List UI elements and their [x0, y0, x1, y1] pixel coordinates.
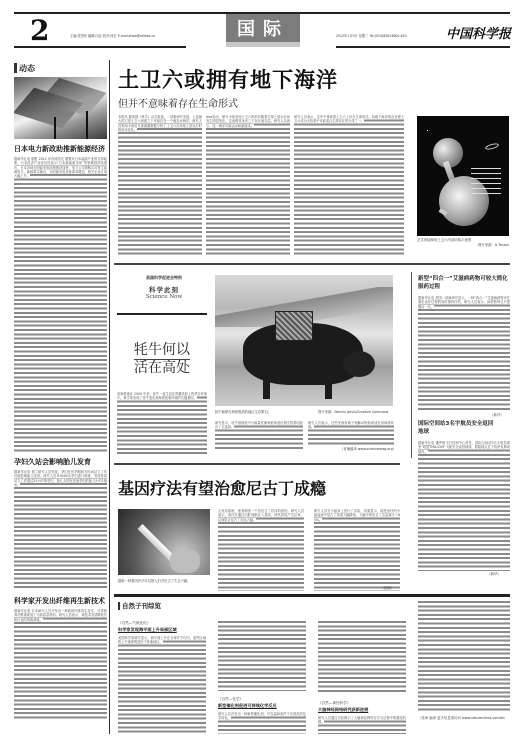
digest-item2-text: 研究人员开发出一种新型催化剂，可在温和条件下实现高效化学转化。: [218, 712, 306, 720]
gene-body-col1: 人免疫系统，使其制造一个抗尼古丁抗体的基因。研究人员表示，该疗法通过向肝细胞注入…: [218, 509, 304, 591]
digest-credit: （张章 编译 更多信息请访问 www.naturechina.com/st）: [418, 716, 510, 721]
star-dot: [427, 130, 428, 131]
section-marker-icon: [118, 602, 120, 610]
gene-body-col2: 研究人员在小鼠身上进行了实验，结果显示，接受治疗的小鼠血液中尼古丁浓度大幅降低，…: [314, 509, 400, 591]
dynamics-label-text: 动态: [19, 63, 35, 74]
yak-body: 高海拔地区 2000 年来，牦牛一直生活在青藏高原上的恶劣环境中。科学家发现了牦…: [117, 392, 207, 456]
date-line: 2012年1月9日 星期三 Tel:(010)82614600-610: [336, 33, 442, 38]
digest-label: 自然子刊综览: [118, 601, 161, 610]
titan-caption: 艺术家绘制的土卫六内部结构示意图 图片来源：A.Tavani: [417, 238, 509, 247]
lead-col3-text: 研究人员表示，这并不意味着土卫六上存在生命形式。但地下海洋的存在使土卫六成为太阳…: [294, 115, 404, 123]
gene-col2-text: 研究人员在小鼠身上进行了实验，结果显示，接受治疗的小鼠血液中尼古丁浓度大幅降低，…: [314, 509, 400, 522]
digest-item1-headline: 科学家发现海平面上升局部区域: [118, 627, 206, 633]
lead-body-col3: 研究人员表示，这并不意味着土卫六上存在生命形式。但地下海洋的存在使土卫六成为太阳…: [294, 115, 404, 255]
hand-shape: [170, 549, 200, 573]
digest-col2-top: [218, 621, 306, 691]
yak-source: （晋楠编译 www.sciencemag.org）: [318, 446, 396, 451]
digest-item1-source: 《自然—气候变化》: [118, 621, 150, 626]
digest-item3-headline: 大脑神经网络研究获新进展: [318, 707, 406, 713]
digest-item1-body: 美国科学家研究显示，海平面上升在全球并不均匀，某些区域的上升速度明显快于其他地区…: [118, 636, 206, 734]
brief2-body: 据新华社电 俄罗斯飞行控制中心消息，国际空间站3名宇航员乘坐“联盟TMA-02M…: [418, 441, 510, 571]
diagram-labels: [471, 168, 501, 194]
paper-name-logo: 中国科学报: [446, 23, 511, 42]
lead-bottom-rule: [114, 263, 510, 265]
story1-headline: 日本电力新政助推新能源经济: [14, 144, 107, 153]
titan-credit: 图片来源：A.Tavani: [417, 243, 509, 248]
yak-headline-line1: 牦牛何以: [134, 342, 190, 360]
brief1-body: 据新华社电 美国一项新研究显示，一种“四合一”艾滋病药物可在简化治疗过程的同时保…: [418, 296, 510, 412]
titan-illustration: [417, 116, 509, 236]
story3-body: 据新华社电 日本研究人员开发出一种新的纤维再生技术，可将废弃纤维重新加工为高质量…: [14, 609, 107, 719]
story3-headline: 科学家开发出纤维再生新技术: [14, 596, 107, 605]
yak-body3: 研究人员表示，这些发现有助于理解动物如何适应高海拔环境。: [308, 421, 394, 445]
solar-panel-photo: [14, 77, 107, 139]
brief1-text: 据新华社电 美国一项新研究显示，一种“四合一”艾滋病药物可在简化治疗过程的同时保…: [418, 296, 510, 309]
science-now-rule: [117, 313, 207, 315]
yak-photo: [215, 275, 393, 406]
science-now-cn: 科学此刻: [126, 285, 202, 294]
yak-leg: [325, 373, 332, 399]
saturn-icon: [485, 142, 500, 150]
left-column-divider: [109, 60, 110, 734]
yak-headline-line2: 活在高处: [117, 360, 207, 377]
lead-subheadline: 但并不意味着存在生命形式: [118, 95, 238, 110]
digest-top-rule: [114, 594, 510, 597]
science-now-en: Science Now: [126, 294, 202, 300]
lead-body-col2: Iess指出，研究小组发现土卫六的形状随着它绕土星运行而发生明显变化，这表明其冰…: [206, 115, 290, 255]
cigarette-photo: [118, 509, 210, 575]
story1-body: 据新华社电 据报 2012 年内阁决定 增强对日本能源产业的支持政策，日本经济产…: [14, 157, 107, 452]
section-banner: 国际: [226, 14, 300, 42]
brief2-headline: 国际空间站3名宇航员安全返回地球: [418, 421, 498, 436]
section-banner-underbar: [226, 42, 300, 47]
brief1-headline: 新型“四合一”艾滋病药物可较大简化服药过程: [418, 276, 510, 291]
right-column-divider: [411, 272, 412, 458]
section-title: 国际: [237, 15, 289, 41]
section-marker-icon: [14, 63, 17, 73]
yak-saddle-shape: [275, 311, 313, 341]
yak-body2: 研究显示，牦牛基因组中与能量代谢和低氧适应相关的基因经历了正选择。: [215, 421, 303, 451]
brief1-credit: （新华）: [490, 413, 504, 418]
digest-item3-source: 《自然—神经科学》: [318, 701, 350, 706]
story1-text: 据新华社电 据报 2012 年内阁决定 增强对日本能源产业的支持政策，日本经济产…: [14, 157, 107, 178]
digest-item3-text: 研究人员通过实验揭示了大脑神经网络在学习过程中的重组机制。: [318, 716, 406, 724]
yak-body2-text: 研究显示，牦牛基因组中与能量代谢和低氧适应相关的基因经历了正选择。: [215, 421, 303, 429]
story2-headline: 孕妇久站会影响胎儿发育: [14, 457, 107, 466]
lead-body-col1: 本报讯 据美国《科学》杂志报道，一项新研究发现，土星最大的卫星土卫六表面之下可能…: [118, 115, 202, 255]
yak-body-text: 高海拔地区 2000 年来，牦牛一直生活在青藏高原上的恶劣环境中。科学家发现了牦…: [117, 392, 207, 400]
gene-credit: （晋楠）: [380, 586, 394, 591]
digest-item2-body: 研究人员开发出一种新型催化剂，可在温和条件下实现高效化学转化。: [218, 712, 306, 734]
brief2-credit: （新华）: [487, 572, 501, 577]
sponsor-label: 美国科学促进会特供: [126, 275, 202, 281]
story2-body: 据新华社电 荷兰研究人员发现，孕妇在怀孕期间长时间站立工作可能影响胎儿发育。研究…: [14, 470, 107, 590]
dynamics-label: 动态: [14, 62, 107, 74]
panel-stand: [54, 117, 56, 139]
panel-stand: [86, 111, 88, 139]
brief2-text: 据新华社电 俄罗斯飞行控制中心消息，国际空间站3名宇航员乘坐“联盟TMA-02M…: [418, 441, 510, 454]
yak-body3-text: 研究人员表示，这些发现有助于理解动物如何适应高海拔环境。: [308, 421, 394, 429]
yak-photo-credit: 图片来源：Dennis Jarvis/Creative Commons: [318, 409, 396, 414]
digest-item3-body: 研究人员通过实验揭示了大脑神经网络在学习过程中的重组机制。: [318, 716, 406, 734]
digest-item1-text: 美国科学家研究显示，海平面上升在全球并不均匀，某些区域的上升速度明显快于其他地区…: [118, 636, 206, 644]
digest-col3-top: [318, 621, 406, 693]
page-number: 2: [30, 16, 49, 46]
digest-col4: [418, 601, 510, 713]
yak-head-shape: [343, 351, 375, 377]
yak-leg: [263, 373, 270, 399]
left-column: 动态 日本电力新政助推新能源经济 据新华社电 据报 2012 年内阁决定 增强对…: [14, 62, 107, 734]
digest-label-text: 自然子刊综览: [122, 601, 161, 610]
gene-col1-text: 人免疫系统，使其制造一个抗尼古丁抗体的基因。研究人员表示，该疗法通过向肝细胞注入…: [218, 509, 304, 522]
gene-headline: 基因疗法有望治愈尼古丁成瘾: [118, 479, 326, 499]
masthead-right-rule: [336, 46, 510, 48]
story3-text: 据新华社电 日本研究人员开发出一种新的纤维再生技术，可将废弃纤维重新加工为高质量…: [14, 609, 107, 622]
mid-section-rule: [114, 463, 400, 465]
editors-line: 主编:张思玮 编辑:闫洁 校对:何宏 E-mail:zhsw@stimes.cn: [70, 33, 185, 38]
yak-photo-caption: 牦牛能够在海拔极高的地区生存繁衍。: [215, 409, 307, 414]
story2-text: 据新华社电 荷兰研究人员发现，孕妇在怀孕期间长时间站立工作可能影响胎儿发育。研究…: [14, 470, 107, 487]
lead-col2-text: Iess指出，研究小组发现土卫六的形状随着它绕土星运行而发生明显变化，这表明其冰…: [206, 115, 290, 128]
cigarette-caption: 据称一种基因疗法可以使人们对尼古丁失去兴趣。: [118, 579, 210, 584]
masthead-left-rule: [14, 46, 186, 48]
titan-caption-text: 艺术家绘制的土卫六内部结构示意图: [417, 238, 471, 242]
yak-headline: 牦牛何以 活在高处: [117, 342, 207, 377]
lead-col1-text: 本报讯 据美国《科学》杂志报道，一项新研究发现，土星最大的卫星土卫六表面之下可能…: [118, 115, 202, 132]
lead-headline: 土卫六或拥有地下海洋: [118, 68, 338, 92]
digest-item2-headline: 新型催化剂促进可持续化学反应: [218, 703, 306, 709]
digest-item2-source: 《自然—化学》: [218, 697, 243, 702]
